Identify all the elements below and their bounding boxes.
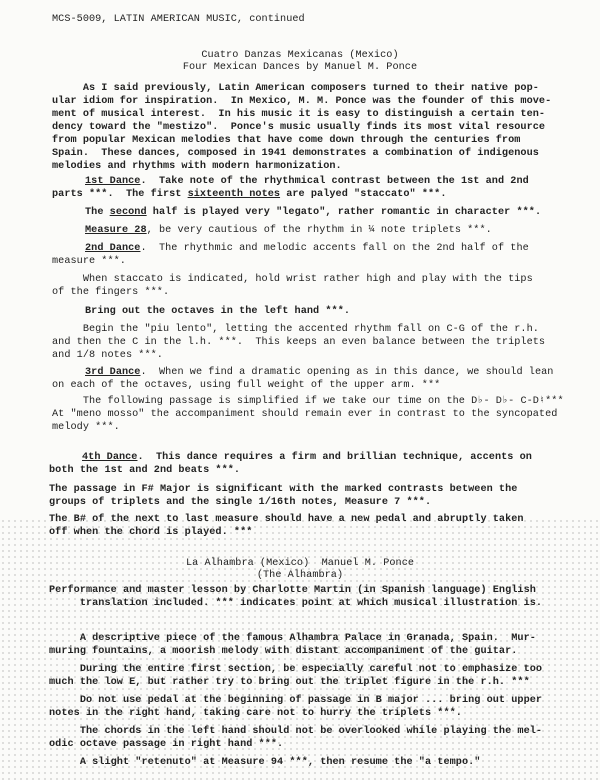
text-line: When staccato is indicated, hold wrist r…	[52, 274, 533, 287]
text-line: measure ***.	[52, 256, 126, 269]
text-line: The passage in F# Major is significant w…	[49, 484, 517, 497]
text-line: A descriptive piece of the famous Alhamb…	[49, 633, 536, 646]
text-span: . This dance requires a firm and brillia…	[137, 452, 531, 463]
text-line: notes in the right hand, taking care not…	[49, 708, 462, 721]
text-line: odic octave passage in right hand ***.	[49, 739, 283, 752]
text-line: The following passage is simplified if w…	[52, 396, 564, 409]
dance-heading: 3rd Dance	[85, 367, 140, 378]
text-line: of the fingers ***.	[52, 287, 169, 300]
text-span: The	[85, 207, 110, 218]
text-line: Performance and master lesson by Charlot…	[49, 585, 536, 598]
text-line: Measure 28, be very cautious of the rhyt…	[85, 225, 492, 238]
text-span: . The rhythmic and melodic accents fall …	[140, 243, 528, 254]
dance-heading: 4th Dance	[82, 452, 137, 463]
text-span: parts ***. The first	[52, 189, 188, 200]
underlined-term: Measure 28	[85, 225, 147, 236]
underlined-term: sixteenth notes	[188, 189, 280, 200]
dance-heading: 1st Dance	[85, 176, 140, 187]
text-line: At "meno mosso" the accompaniment should…	[52, 409, 557, 422]
running-header: MCS-5009, LATIN AMERICAN MUSIC, continue…	[52, 14, 305, 27]
text-line: A slight "retenuto" at Measure 94 ***, t…	[49, 757, 480, 770]
text-line: During the entire first section, be espe…	[49, 664, 542, 677]
text-line: 1st Dance. Take note of the rhythmical c…	[85, 176, 529, 189]
section-2-subtitle: (The Alhambra)	[0, 570, 600, 583]
text-line: Spain. These dances, composed in 1941 de…	[52, 148, 539, 161]
dance-heading: 2nd Dance	[85, 243, 140, 254]
text-line: and 1/8 notes ***.	[52, 350, 163, 363]
text-line: 4th Dance. This dance requires a firm an…	[82, 452, 532, 465]
text-line: ment of musical interest. In his music i…	[52, 109, 545, 122]
text-line: off when the chord is played. ***	[49, 527, 252, 540]
text-line: Begin the "piu lento", letting the accen…	[52, 324, 539, 337]
text-line: The second half is played very "legato",…	[85, 207, 541, 220]
text-line: and then the C in the l.h. ***. This kee…	[52, 337, 545, 350]
text-line: Bring out the octaves in the left hand *…	[85, 306, 350, 319]
text-line: The chords in the left hand should not b…	[49, 726, 542, 739]
text-line: from popular Mexican melodies that have …	[52, 135, 520, 148]
text-line: translation included. *** indicates poin…	[49, 598, 542, 611]
text-line: The B# of the next to last measure shoul…	[49, 514, 524, 527]
document-page: MCS-5009, LATIN AMERICAN MUSIC, continue…	[0, 0, 600, 780]
text-span: , be very cautious of the rhythm in ¼ no…	[147, 225, 492, 236]
text-line: much the low E, but rather try to bring …	[49, 677, 530, 690]
text-span: . When we find a dramatic opening as in …	[140, 367, 553, 378]
text-line: on each of the octaves, using full weigh…	[52, 380, 440, 393]
text-line: 2nd Dance. The rhythmic and melodic acce…	[85, 243, 529, 256]
text-line: 3rd Dance. When we find a dramatic openi…	[85, 367, 553, 380]
text-line: both the 1st and 2nd beats ***.	[49, 465, 240, 478]
section-subtitle: Four Mexican Dances by Manuel M. Ponce	[0, 62, 600, 75]
text-span: half is played very "legato", rather rom…	[147, 207, 541, 218]
text-span: are palyed "staccato" ***.	[280, 189, 446, 200]
section-2-title: La Alhambra (Mexico) Manuel M. Ponce	[0, 558, 600, 571]
underlined-term: second	[110, 207, 147, 218]
text-line: ular idiom for inspiration. In Mexico, M…	[52, 96, 551, 109]
text-line: dency toward the "mestizo". Ponce's musi…	[52, 122, 545, 135]
text-line: groups of triplets and the single 1/16th…	[49, 497, 431, 510]
text-span: . Take note of the rhythmical contrast b…	[140, 176, 528, 187]
text-line: parts ***. The first sixteenth notes are…	[52, 189, 446, 202]
text-line: melody ***.	[52, 422, 120, 435]
text-line: muring fountains, a moorish melody with …	[49, 646, 517, 659]
text-line: Do not use pedal at the beginning of pas…	[49, 695, 542, 708]
text-line: melodies and rhythms with modern harmoni…	[52, 161, 342, 174]
text-line: As I said previously, Latin American com…	[52, 83, 539, 96]
section-title: Cuatro Danzas Mexicanas (Mexico)	[0, 50, 600, 63]
